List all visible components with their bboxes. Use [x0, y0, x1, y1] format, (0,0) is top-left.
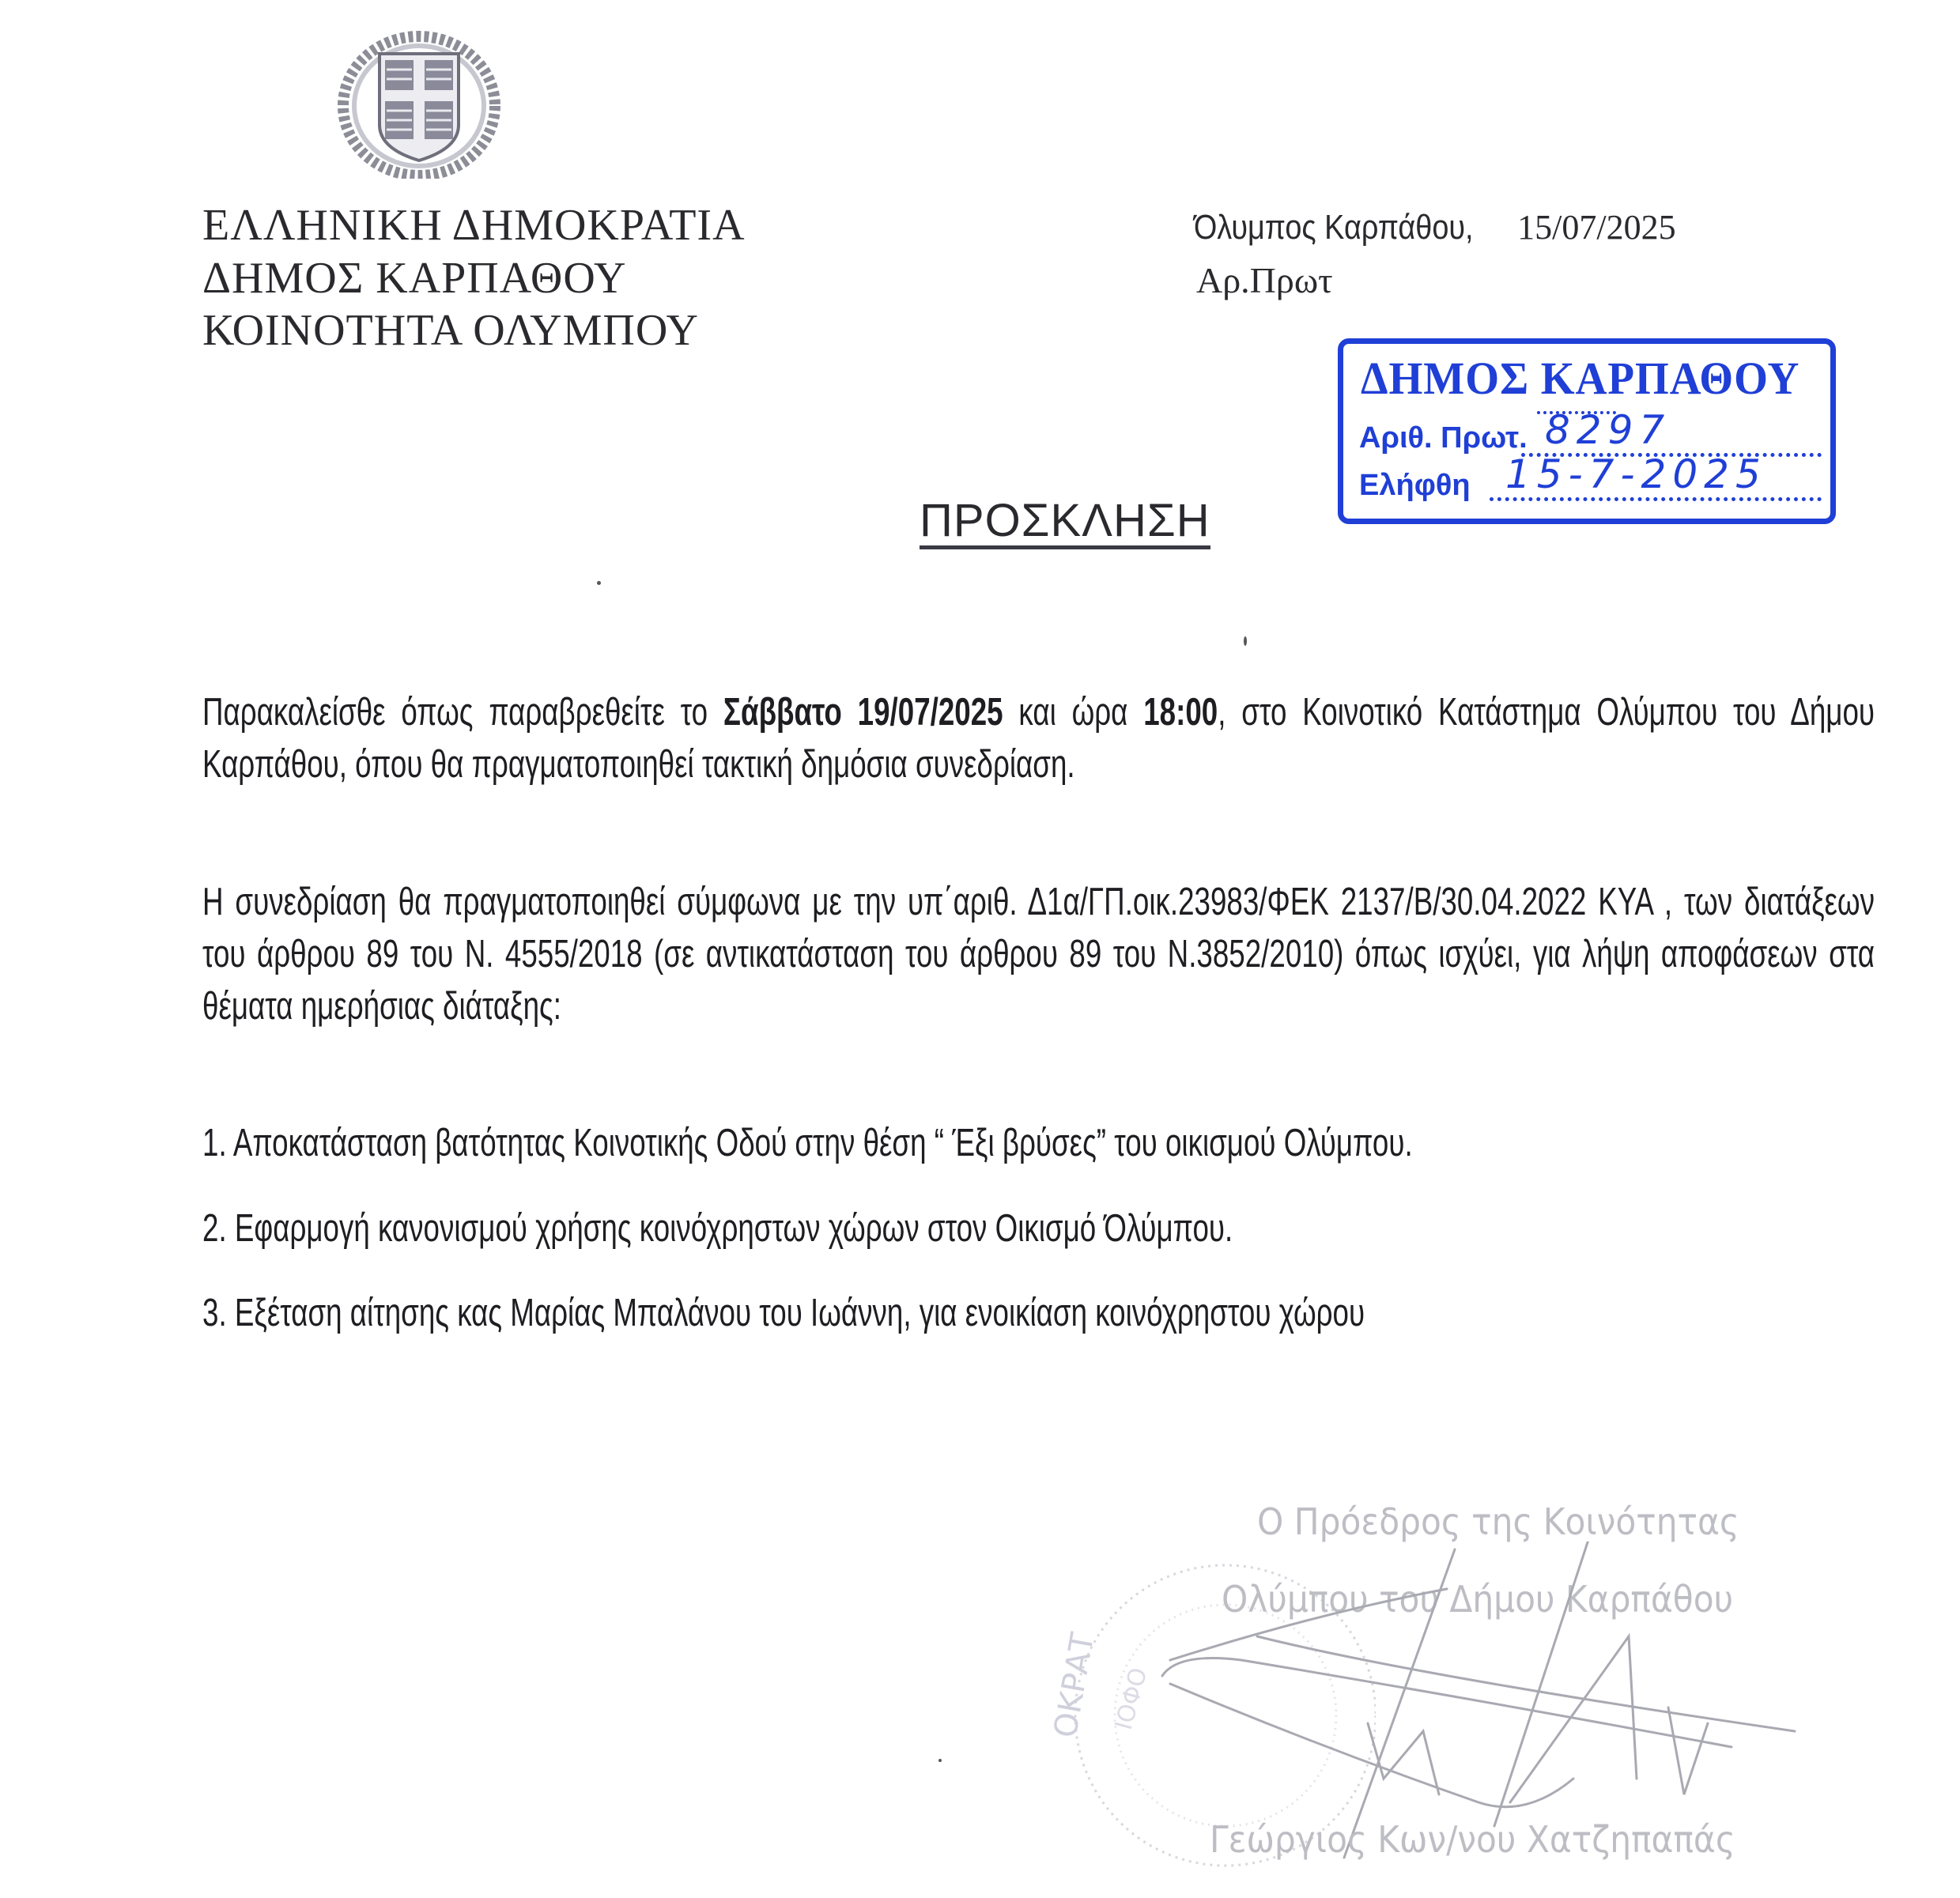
legal-basis-paragraph: Η συνεδρίαση θα πραγματοποιηθεί σύμφωνα … [202, 876, 1875, 1032]
coat-of-arms-icon [336, 30, 502, 179]
scan-speck [597, 581, 601, 585]
date: 15/07/2025 [1517, 208, 1675, 247]
stamp-title: ΔΗΜΟΣ ΚΑΡΠΑΘΟΥ [1361, 352, 1799, 405]
stamp-protocol-label: Αριθ. Πρωτ. [1359, 421, 1528, 455]
stamp-received-label: Ελήφθη [1359, 469, 1471, 502]
signature-title: Ο Πρόεδρος της Κοινότητας [1257, 1500, 1739, 1543]
agenda-item: 3. Εξέταση αίτησης κας Μαρίας Μπαλάνου τ… [202, 1291, 1875, 1335]
agenda-item: 2. Εφαρμογή κανονισμού χρήσης κοινόχρηστ… [202, 1206, 1875, 1251]
document-title: ΠΡΟΣΚΛΗΣΗ [920, 498, 1210, 549]
scan-speck [938, 1759, 942, 1762]
stamp-protocol-number: 8297 [1521, 407, 1822, 457]
place: Όλυμπος Καρπάθου, [1194, 208, 1474, 247]
legal-basis-text: Η συνεδρίαση θα πραγματοποιηθεί σύμφωνα … [202, 876, 1875, 1032]
text: Παρακαλείσθε όπως παραβρεθείτε το [202, 691, 723, 734]
protocol-stamp: ΔΗΜΟΣ ΚΑΡΠΑΘΟΥ Αριθ. Πρωτ. 8297 Ελήφθη 1… [1338, 338, 1836, 524]
agenda-item: 1. Αποκατάσταση βατότητας Κοινοτικής Οδο… [202, 1121, 1875, 1165]
meeting-time: 18:00 [1143, 691, 1218, 734]
signatory-name: Γεώργιος Κων/νου Χατζηπαπάς [1210, 1818, 1735, 1861]
header-community: ΚΟΙΝΟΤΗΤΑ ΟΛΥΜΠΟΥ [202, 305, 699, 356]
protocol-label: Αρ.Πρωτ [1196, 259, 1333, 301]
header-country: ΕΛΛΗΝΙΚΗ ΔΗΜΟΚΡΑΤΙΑ [202, 200, 746, 251]
place-and-date: Όλυμπος Καρπάθου,15/07/2025 [1194, 207, 1676, 247]
header-municipality: ΔΗΜΟΣ ΚΑΡΠΑΘΟΥ [202, 253, 626, 304]
stamp-protocol-row: Αριθ. Πρωτ. 8297 [1359, 421, 1528, 455]
meeting-day: Σάββατο 19/07/2025 [723, 691, 1003, 734]
stamp-received-date: 15-7-2025 [1490, 451, 1822, 501]
invitation-paragraph: Παρακαλείσθε όπως παραβρεθείτε το Σάββατ… [202, 686, 1875, 791]
scan-speck [1244, 636, 1247, 646]
text: και ώρα [1003, 691, 1144, 734]
stamp-received-row: Ελήφθη 15-7-2025 [1359, 469, 1471, 503]
